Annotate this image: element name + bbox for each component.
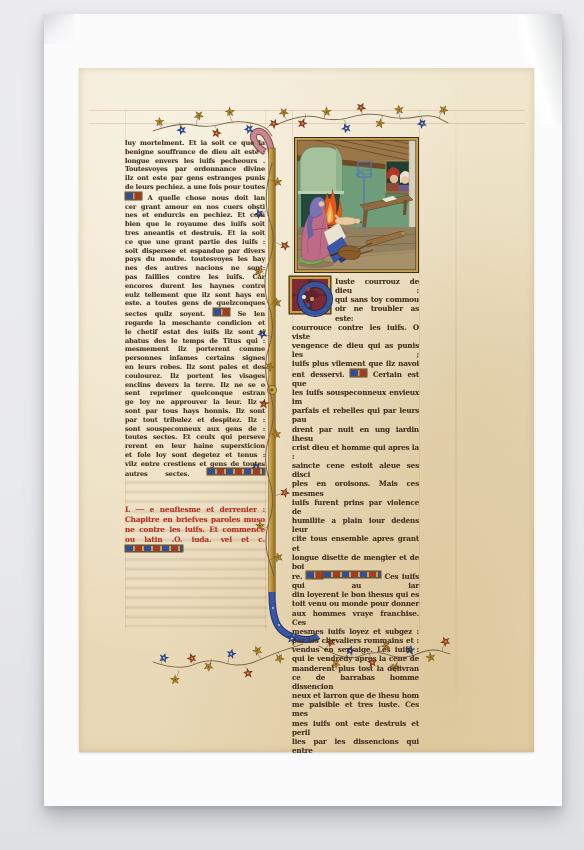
- paraph-mark: [306, 571, 323, 579]
- text-line: mesmement ilz porterent comme: [125, 345, 265, 354]
- text-line: pas faillies contre les iuifs. Car: [125, 273, 265, 282]
- text-line: ent desservi. Certain est que: [292, 369, 419, 388]
- text-line: encores durent les haynes contre: [125, 282, 265, 291]
- text-line: le chetif estat des iuifs ilz sont si: [125, 328, 265, 337]
- text-line: toutes sectes. Et ceulx qui perseve: [125, 433, 265, 442]
- text-line: saincte cene estoit aleue ses disci: [292, 461, 419, 479]
- text-line: les iuifs souspeconneux envieux im: [292, 388, 419, 406]
- text-line: este. a toutes gens de quelzconques: [125, 299, 265, 308]
- text-line: iuifs plus vilement que ilz navoi: [292, 359, 419, 368]
- line-filler: [207, 468, 265, 475]
- text-line: tres aneantis et destruis. Et ia soit: [125, 229, 265, 238]
- text-line: oir ne troubler as este:: [335, 304, 419, 322]
- paraph-mark: [213, 308, 230, 316]
- text-line: din loyerent le bon ihesus qui es: [292, 590, 419, 599]
- text-line: ce que une grant partie des iuifs :: [125, 238, 265, 247]
- text-line: ne contre les iuifs. Et commence: [125, 525, 265, 535]
- text-line: pays du monde. toutesvoyes les hay: [125, 255, 265, 264]
- text-line: cite tous ensemble apres grant et: [292, 534, 419, 552]
- text-line: qui le vendredy apres la cene de: [292, 654, 419, 663]
- line-filler: [323, 571, 381, 578]
- text-line: et fole loy sont degetez et tenus :: [125, 451, 265, 460]
- text-line: qui sans toy commou: [335, 295, 419, 304]
- text-line: nes des autres nacions ne sont:: [125, 264, 265, 273]
- text-line: par tout tribulez et despitez. Ilz :: [125, 416, 265, 425]
- text-line: iuifs furent prins par violence de: [292, 498, 419, 516]
- text-line: personnes infames certains signes: [125, 354, 265, 363]
- text-line: ou latin .O. iuda. vel et c.: [125, 535, 265, 556]
- text-line: aux hommes vraye franchise. Ces: [292, 609, 419, 627]
- text-line: crist dieu et homme qui apres la :: [292, 443, 419, 461]
- text-line: vendus en servaige. Les iuifs :: [292, 645, 419, 654]
- text-line: me paisible et tres iuste. Ces mes: [292, 700, 419, 718]
- text-line: vilz entre crestiens et gens de toutes: [125, 460, 265, 469]
- right-text-column: Iuste courrouz de dieu :qui sans toy com…: [292, 277, 419, 755]
- text-line: mes iuifs ont este destruis et peril: [292, 719, 419, 737]
- text-line: toit venu ou monde pour donner: [292, 599, 419, 608]
- paraph-mark: [125, 192, 142, 200]
- print-corner-shadow: [44, 14, 74, 44]
- text-line: sent reprimer quelconque estran: [125, 389, 265, 398]
- text-line: coulourez. Ilz portent les visages: [125, 372, 265, 381]
- text-line: re. Ces iuifs qui au iar: [292, 571, 419, 590]
- text-line: A quelle chose nous doit lan: [125, 192, 265, 203]
- text-line: Iuste courrouz de dieu :: [335, 277, 419, 295]
- text-line: humilite a plain iour dedens leur: [292, 516, 419, 534]
- text-line: rerent en leur haine supersticion: [125, 442, 265, 451]
- text-line: de leurs pechiez. a une fois pour toutes: [125, 183, 265, 192]
- text-line: courrouce contre les iuifs. O viste: [292, 323, 419, 341]
- text-line: drent par nuit en ung iardin ihesu: [292, 425, 419, 443]
- text-line: en leurs robes. Ilz sont pales et des: [125, 363, 265, 372]
- text-line: enclins devers la terre. Ilz ne se o: [125, 381, 265, 390]
- text-line: manderent plus tost la delivran: [292, 664, 419, 673]
- left-text-column: luy mortelment. Et ia soit ce que labeni…: [125, 139, 265, 479]
- text-line: benigne souffrance de dieu ait este :: [125, 148, 265, 157]
- rubric-text: L ── e neufiesme et derrenier :Chapitre …: [125, 505, 265, 556]
- ruling-line: [419, 110, 420, 630]
- print-sheet: luy mortelment. Et ia soit ce que labeni…: [44, 14, 562, 806]
- text-line: bien que le royaume des iuifs soit: [125, 220, 265, 229]
- text-line: luy mortelment. Et ia soit ce que la: [125, 139, 265, 148]
- text-line: abatus des le temps de Titus qui :: [125, 337, 265, 346]
- text-line: ilz ont este par gens estranges punis: [125, 174, 265, 183]
- text-line: regarde la meschante condicion et: [125, 319, 265, 328]
- paraph-mark: [350, 369, 367, 377]
- manuscript-page: luy mortelment. Et ia soit ce que labeni…: [79, 68, 534, 752]
- parchment-fold: [455, 68, 457, 752]
- text-line: neux et larron que de ihesu hom: [292, 691, 419, 700]
- ruling-line: [89, 110, 525, 111]
- text-line: par les chevaliers rommains et :: [292, 636, 419, 645]
- text-line: autres sectes.: [125, 468, 265, 479]
- fireplace-hood: [298, 147, 344, 195]
- gold-boss: [267, 385, 276, 394]
- line-filler: [125, 545, 183, 552]
- text-line: parfais et rebelles qui par leurs pau: [292, 406, 419, 424]
- text-line: sont souspeconneux aux gens de :: [125, 425, 265, 434]
- text-line: vengence de dieu qui as punis les ;: [292, 341, 419, 359]
- text-line: L ── e neufiesme et derrenier :: [125, 505, 265, 515]
- text-line: nes et endurcis en pechiez. Et com: [125, 211, 265, 220]
- text-line: longue disette de mengier et de boi: [292, 553, 419, 571]
- text-line: Toutesvoyes par ordonnance divine: [125, 165, 265, 174]
- artwork-photo: luy mortelment. Et ia soit ce que labeni…: [0, 0, 584, 850]
- ruling-line: [89, 123, 525, 124]
- text-line: ge loy ne approuver la leur. Ilz :: [125, 398, 265, 407]
- text-line: ce de barrabas homme dissencion: [292, 673, 419, 691]
- text-line: ples en oroisons. Mais ces mesmes: [292, 479, 419, 497]
- miniature: [294, 137, 419, 273]
- text-line: sont par tous hays honnis. Ilz sont: [125, 407, 265, 416]
- text-line: sectes quilz soyent. Se len: [125, 308, 265, 319]
- text-line: mesmes iuifs loyez et subgez :: [292, 627, 419, 636]
- text-line: Chapitre en briefves paroles muso: [125, 515, 265, 525]
- text-line: lies par les dissencions qui entre: [292, 737, 419, 755]
